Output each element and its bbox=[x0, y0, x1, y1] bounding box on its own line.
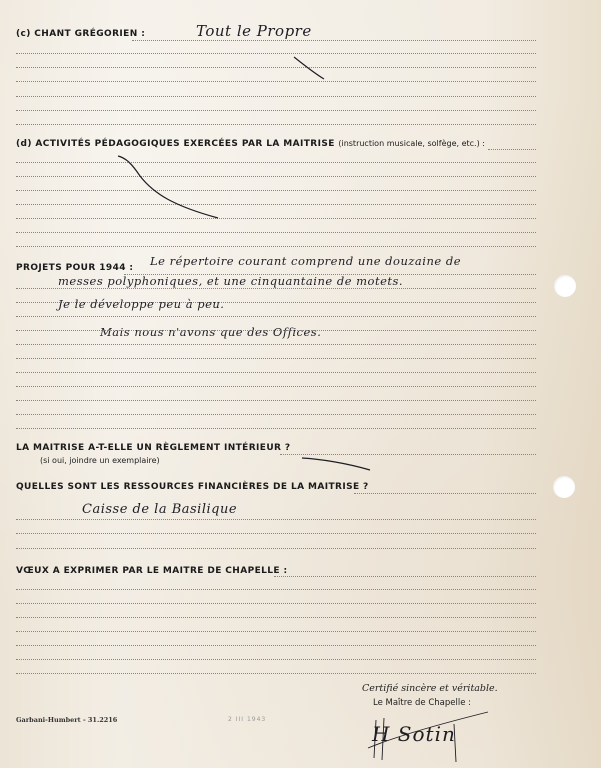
activites-line-6[interactable] bbox=[16, 232, 536, 233]
chant-line-3[interactable] bbox=[16, 81, 536, 82]
ressources-handwritten-answer: Caisse de la Basilique bbox=[82, 502, 237, 517]
activites-line-3[interactable] bbox=[16, 190, 536, 191]
activites-line-1[interactable] bbox=[16, 162, 536, 163]
projets-answer-line-3: Je le développe peu à peu. bbox=[58, 297, 224, 311]
projets-answer-line-2: messes polyphoniques, et une cinquantain… bbox=[58, 274, 403, 288]
voeux-answer-line[interactable] bbox=[274, 576, 536, 577]
signatory-title: Le Maître de Chapelle : bbox=[373, 698, 471, 708]
projets-answer-line-4: Mais nous n'avons que des Offices. bbox=[100, 325, 321, 339]
projets-answer-line-1: Le répertoire courant comprend une douza… bbox=[150, 254, 461, 268]
chant-line-6[interactable] bbox=[16, 124, 536, 125]
activites-note: (instruction musicale, solfège, etc.) : bbox=[338, 139, 485, 148]
projets-line-1[interactable] bbox=[16, 288, 536, 289]
punch-hole-top bbox=[554, 275, 576, 297]
chant-line-2[interactable] bbox=[16, 67, 536, 68]
ressources-line-1[interactable] bbox=[16, 519, 536, 520]
ressources-line-3[interactable] bbox=[16, 548, 536, 549]
activites-line-4[interactable] bbox=[16, 204, 536, 205]
chant-answer-line[interactable] bbox=[132, 40, 536, 41]
reglement-label: LA MAITRISE A-T-ELLE UN RÈGLEMENT INTÉRI… bbox=[16, 443, 291, 453]
signature-flourish bbox=[362, 708, 492, 764]
activites-line-2[interactable] bbox=[16, 176, 536, 177]
reglement-note: (si oui, joindre un exemplaire) bbox=[40, 456, 160, 465]
chant-line-4[interactable] bbox=[16, 96, 536, 97]
voeux-label: VŒUX A EXPRIMER PAR LE MAITRE DE CHAPELL… bbox=[16, 566, 288, 576]
projets-line-11[interactable] bbox=[16, 428, 536, 429]
activites-line-7[interactable] bbox=[16, 246, 536, 247]
chant-line-1[interactable] bbox=[16, 53, 536, 54]
projets-line-4[interactable] bbox=[16, 330, 536, 331]
projets-line-3[interactable] bbox=[16, 316, 536, 317]
reglement-strikethrough-stroke bbox=[300, 455, 374, 473]
ressources-answer-line[interactable] bbox=[354, 493, 536, 494]
voeux-line-5[interactable] bbox=[16, 645, 536, 646]
voeux-line-2[interactable] bbox=[16, 603, 536, 604]
projets-line-7[interactable] bbox=[16, 372, 536, 373]
projets-line-8[interactable] bbox=[16, 386, 536, 387]
ressources-line-2[interactable] bbox=[16, 533, 536, 534]
activites-label: (d) ACTIVITÉS PÉDAGOGIQUES EXERCÉES PAR … bbox=[16, 139, 485, 149]
voeux-line-7[interactable] bbox=[16, 673, 536, 674]
projets-line-5[interactable] bbox=[16, 344, 536, 345]
chant-handwritten-answer: Tout le Propre bbox=[196, 22, 312, 40]
printer-imprint: Garbani-Humbert - 31.2216 bbox=[16, 716, 117, 724]
chant-line-5[interactable] bbox=[16, 110, 536, 111]
chant-strikethrough-stroke bbox=[290, 55, 330, 83]
faint-date-stamp: 2 III 1943 bbox=[228, 716, 266, 723]
chant-gregorien-label: (c) CHANT GRÉGORIEN : bbox=[16, 29, 145, 39]
activites-line-5[interactable] bbox=[16, 218, 536, 219]
projets-label: PROJETS POUR 1944 : bbox=[16, 263, 133, 273]
certification-text: Certifié sincère et véritable. bbox=[362, 683, 498, 694]
activites-answer-line[interactable] bbox=[488, 149, 536, 150]
voeux-line-4[interactable] bbox=[16, 631, 536, 632]
voeux-line-6[interactable] bbox=[16, 659, 536, 660]
projets-line-10[interactable] bbox=[16, 414, 536, 415]
voeux-line-1[interactable] bbox=[16, 589, 536, 590]
projets-line-6[interactable] bbox=[16, 358, 536, 359]
form-page: (c) CHANT GRÉGORIEN : Tout le Propre (d)… bbox=[0, 0, 601, 768]
activites-label-text: (d) ACTIVITÉS PÉDAGOGIQUES EXERCÉES PAR … bbox=[16, 139, 335, 149]
projets-line-9[interactable] bbox=[16, 400, 536, 401]
ressources-label: QUELLES SONT LES RESSOURCES FINANCIÈRES … bbox=[16, 482, 369, 492]
activites-strikethrough-stroke bbox=[114, 152, 224, 224]
voeux-line-3[interactable] bbox=[16, 617, 536, 618]
punch-hole-bottom bbox=[553, 476, 575, 498]
